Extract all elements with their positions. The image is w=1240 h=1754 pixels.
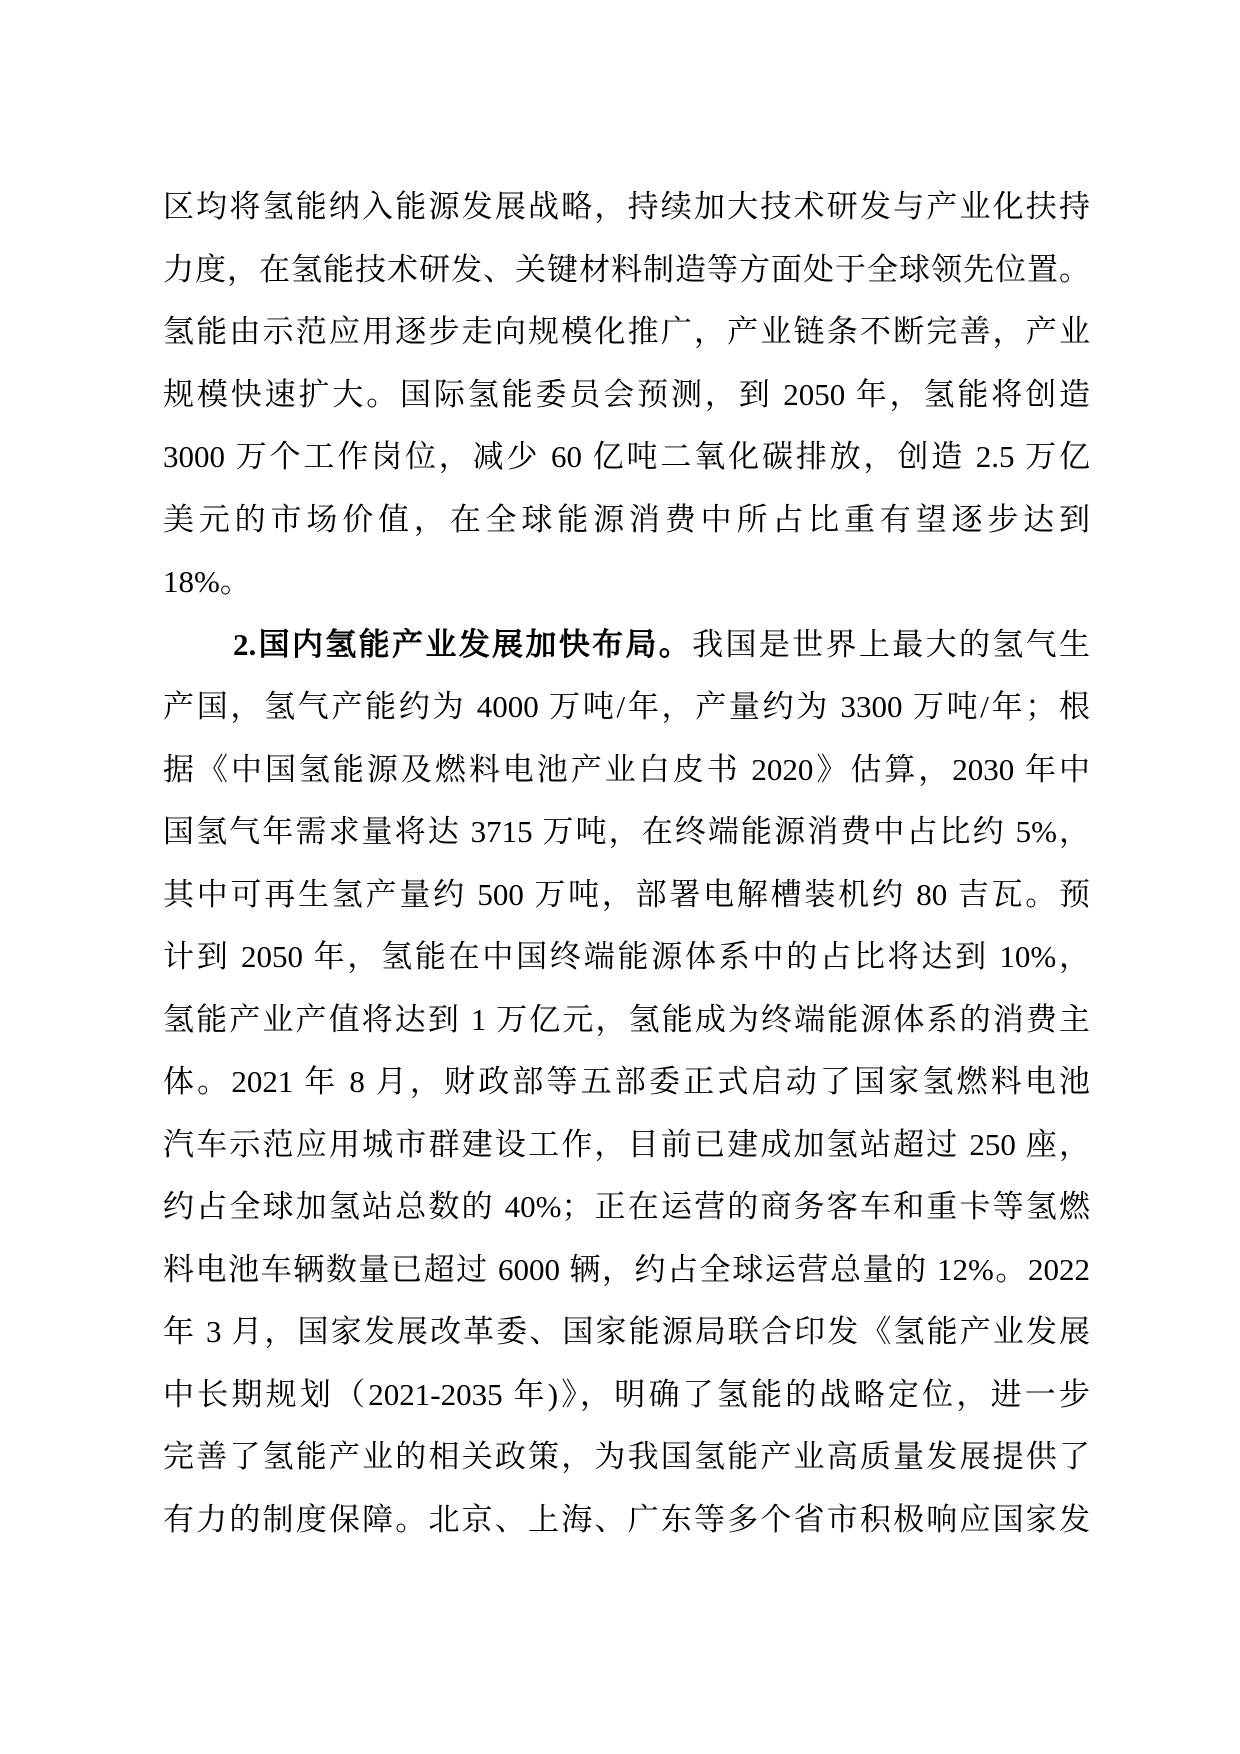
text-line: 中长期规划（2021-2035 年)》，明确了氢能的战略定位，进一步 <box>163 1364 1090 1427</box>
text-block: 区均将氢能纳入能源发展战略，持续加大技术研发与产业化扶持力度，在氢能技术研发、关… <box>163 176 1090 1551</box>
text-line: 规模快速扩大。国际氢能委员会预测，到 2050 年，氢能将创造 <box>163 364 1090 427</box>
text-run: 区均将氢能纳入能源发展战略，持续加大技术研发与产业化扶持 <box>163 189 1090 224</box>
text-line: 产国，氢气产能约为 4000 万吨/年，产量约为 3300 万吨/年；根 <box>163 676 1090 739</box>
text-line: 年 3 月，国家发展改革委、国家能源局联合印发《氢能产业发展 <box>163 1301 1090 1364</box>
text-line: 国氢气年需求量将达 3715 万吨，在终端能源消费中占比约 5%， <box>163 801 1090 864</box>
text-run: 18%。 <box>163 564 251 599</box>
text-line: 料电池车辆数量已超过 6000 辆，约占全球运营总量的 12%。2022 <box>163 1239 1090 1302</box>
text-run: 3000 万个工作岗位，减少 60 亿吨二氧化碳排放，创造 2.5 万亿 <box>163 439 1090 474</box>
text-run: 国氢气年需求量将达 3715 万吨，在终端能源消费中占比约 5%， <box>163 814 1090 849</box>
text-run: 美元的市场价值，在全球能源消费中所占比重有望逐步达到 <box>163 502 1090 537</box>
text-line: 3000 万个工作岗位，减少 60 亿吨二氧化碳排放，创造 2.5 万亿 <box>163 426 1090 489</box>
text-run: 料电池车辆数量已超过 6000 辆，约占全球运营总量的 12%。2022 <box>163 1252 1090 1287</box>
section-heading-run: 2.国内氢能产业发展加快布局。 <box>233 627 692 662</box>
text-run: 完善了氢能产业的相关政策，为我国氢能产业高质量发展提供了 <box>163 1439 1090 1474</box>
text-line: 18%。 <box>163 551 1090 614</box>
text-line: 其中可再生氢产量约 500 万吨，部署电解槽装机约 80 吉瓦。预 <box>163 864 1090 927</box>
text-run: 体。2021 年 8 月，财政部等五部委正式启动了国家氢燃料电池 <box>163 1064 1090 1099</box>
text-line: 据《中国氢能源及燃料电池产业白皮书 2020》估算，2030 年中 <box>163 739 1090 802</box>
text-run: 力度，在氢能技术研发、关键材料制造等方面处于全球领先位置。 <box>163 252 1090 287</box>
text-line: 约占全球加氢站总数的 40%；正在运营的商务客车和重卡等氢燃 <box>163 1176 1090 1239</box>
text-line: 计到 2050 年，氢能在中国终端能源体系中的占比将达到 10%， <box>163 926 1090 989</box>
text-line: 力度，在氢能技术研发、关键材料制造等方面处于全球领先位置。 <box>163 239 1090 302</box>
text-run: 计到 2050 年，氢能在中国终端能源体系中的占比将达到 10%， <box>163 939 1090 974</box>
text-line: 汽车示范应用城市群建设工作，目前已建成加氢站超过 250 座， <box>163 1114 1090 1177</box>
text-run: 据《中国氢能源及燃料电池产业白皮书 2020》估算，2030 年中 <box>163 752 1090 787</box>
text-run: 有力的制度保障。北京、上海、广东等多个省市积极响应国家发 <box>163 1502 1090 1537</box>
text-run: 其中可再生氢产量约 500 万吨，部署电解槽装机约 80 吉瓦。预 <box>163 877 1090 912</box>
text-line: 体。2021 年 8 月，财政部等五部委正式启动了国家氢燃料电池 <box>163 1051 1090 1114</box>
text-run: 年 3 月，国家发展改革委、国家能源局联合印发《氢能产业发展 <box>163 1314 1090 1349</box>
text-line: 氢能产业产值将达到 1 万亿元，氢能成为终端能源体系的消费主 <box>163 989 1090 1052</box>
text-run: 汽车示范应用城市群建设工作，目前已建成加氢站超过 250 座， <box>163 1127 1090 1162</box>
text-line: 美元的市场价值，在全球能源消费中所占比重有望逐步达到 <box>163 489 1090 552</box>
text-run: 约占全球加氢站总数的 40%；正在运营的商务客车和重卡等氢燃 <box>163 1189 1090 1224</box>
text-line: 区均将氢能纳入能源发展战略，持续加大技术研发与产业化扶持 <box>163 176 1090 239</box>
text-run: 中长期规划（2021-2035 年)》，明确了氢能的战略定位，进一步 <box>163 1377 1090 1412</box>
text-run: 氢能由示范应用逐步走向规模化推广，产业链条不断完善，产业 <box>163 314 1090 349</box>
text-line: 氢能由示范应用逐步走向规模化推广，产业链条不断完善，产业 <box>163 301 1090 364</box>
text-run: 规模快速扩大。国际氢能委员会预测，到 2050 年，氢能将创造 <box>163 377 1090 412</box>
document-page: 区均将氢能纳入能源发展战略，持续加大技术研发与产业化扶持力度，在氢能技术研发、关… <box>0 0 1240 1754</box>
text-run: 氢能产业产值将达到 1 万亿元，氢能成为终端能源体系的消费主 <box>163 1002 1090 1037</box>
text-line: 有力的制度保障。北京、上海、广东等多个省市积极响应国家发 <box>163 1489 1090 1552</box>
text-line: 完善了氢能产业的相关政策，为我国氢能产业高质量发展提供了 <box>163 1426 1090 1489</box>
text-line: 2.国内氢能产业发展加快布局。我国是世界上最大的氢气生 <box>163 614 1090 677</box>
text-run: 产国，氢气产能约为 4000 万吨/年，产量约为 3300 万吨/年；根 <box>163 689 1090 724</box>
text-run: 我国是世界上最大的氢气生 <box>692 627 1090 662</box>
